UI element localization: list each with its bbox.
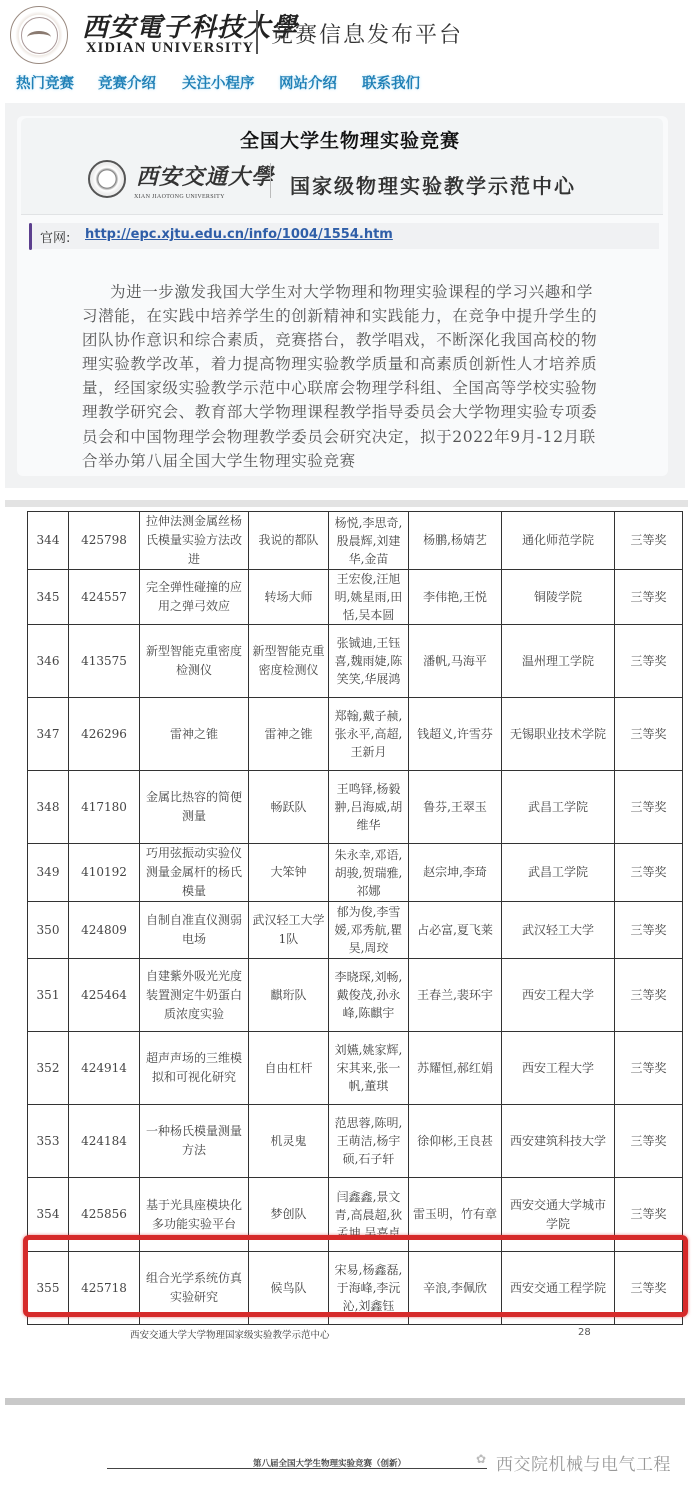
advisors: 鲁芬,王翠玉 <box>409 771 502 844</box>
award-level: 三等奖 <box>615 1178 683 1252</box>
team-name: 武汉轻工大学1队 <box>249 902 329 959</box>
award-level: 三等奖 <box>615 625 683 698</box>
advisors: 雷玉明，竹有章 <box>409 1178 502 1252</box>
team-members: 郑翰,戴子赪,张永平,高超,王新月 <box>329 698 409 771</box>
project-title: 自制自准直仪测弱电场 <box>140 902 249 959</box>
project-title: 新型智能克重密度检测仪 <box>140 625 249 698</box>
team-name: 梦创队 <box>249 1178 329 1252</box>
org-divider <box>270 163 271 198</box>
school-name: 武昌工学院 <box>502 771 615 844</box>
team-members: 张铖迪,王钰喜,魏雨婕,陈笑笑,华展鸿 <box>329 625 409 698</box>
project-id: 425856 <box>69 1178 140 1252</box>
org-name-en: XIAN JIAOTONG UNIVERSITY <box>134 194 225 200</box>
team-members: 范思蓉,陈明,王萌洁,杨宇硕,石子轩 <box>329 1105 409 1178</box>
project-id: 426296 <box>69 698 140 771</box>
project-id: 424557 <box>69 570 140 625</box>
page-footer-text: 西安交通大学大学物理国家级实验教学示范中心 <box>130 1327 330 1341</box>
project-id: 424809 <box>69 902 140 959</box>
school-name: 西安建筑科技大学 <box>502 1105 615 1178</box>
school-name: 西安交通工程学院 <box>502 1252 615 1325</box>
team-members: 郁为俊,李雪媛,邓秀航,瞿昊,周珓 <box>329 902 409 959</box>
row-number: 348 <box>28 771 69 844</box>
table-row: 346413575新型智能克重密度检测仪新型智能克重密度检测仪张铖迪,王钰喜,魏… <box>28 625 683 698</box>
project-title: 完全弹性碰撞的应用之弹弓效应 <box>140 570 249 625</box>
xjtu-emblem-icon <box>88 160 126 198</box>
advisors: 王春兰,裴环宇 <box>409 959 502 1032</box>
link-bar-accent <box>29 223 32 250</box>
project-id: 417180 <box>69 771 140 844</box>
top-nav: 热门竞赛 竞赛介绍 关注小程序 网站介绍 联系我们 <box>0 68 700 98</box>
team-members: 宋易,杨鑫磊,于海峰,李沅沁,刘鑫钰 <box>329 1252 409 1325</box>
university-name-cn: 西安電子科技大學 <box>82 7 298 44</box>
intro-text: 为进一步激发我国大学生对大学物理和物理实验课程的学习兴趣和学习潜能，在实践中培养… <box>82 283 597 470</box>
award-level: 三等奖 <box>615 1105 683 1178</box>
team-members: 李晓琛,刘畅,戴俊茂,孙永峰,陈麒宇 <box>329 959 409 1032</box>
row-number: 344 <box>28 512 69 570</box>
award-level: 三等奖 <box>615 771 683 844</box>
advisors: 赵宗坤,李琦 <box>409 844 502 902</box>
team-members: 朱永幸,邓语,胡骏,贺瑞雅,祁娜 <box>329 844 409 902</box>
table-row: 355425718组合光学系统仿真实验研究候鸟队宋易,杨鑫磊,于海峰,李沅沁,刘… <box>28 1252 683 1325</box>
table-row: 347426296雷神之锥雷神之锥郑翰,戴子赪,张永平,高超,王新月钱超义,许雪… <box>28 698 683 771</box>
team-name: 候鸟队 <box>249 1252 329 1325</box>
brand-divider <box>256 10 258 54</box>
award-level: 三等奖 <box>615 570 683 625</box>
school-name: 西安工程大学 <box>502 959 615 1032</box>
team-name: 自由杠杆 <box>249 1032 329 1105</box>
row-number: 350 <box>28 902 69 959</box>
table-row: 345424557完全弹性碰撞的应用之弹弓效应转场大师王宏俊,汪旭明,姚星雨,田… <box>28 570 683 625</box>
competition-title: 全国大学生物理实验竞赛 <box>0 126 700 153</box>
project-title: 组合光学系统仿真实验研究 <box>140 1252 249 1325</box>
award-level: 三等奖 <box>615 959 683 1032</box>
brand-header: 西安電子科技大學 XIDIAN UNIVERSITY 竞赛信息发布平台 <box>0 0 700 66</box>
nav-mini-program[interactable]: 关注小程序 <box>182 72 255 93</box>
row-number: 353 <box>28 1105 69 1178</box>
official-site-link[interactable]: http://epc.xjtu.edu.cn/info/1004/1554.ht… <box>85 227 393 242</box>
team-members: 杨悦,李思奇,殷晨辉,刘建华,金苗 <box>329 512 409 570</box>
advisors: 辛浪,李佩欣 <box>409 1252 502 1325</box>
row-number: 352 <box>28 1032 69 1105</box>
school-name: 西安交通大学城市学院 <box>502 1178 615 1252</box>
nav-contact-us[interactable]: 联系我们 <box>362 72 420 93</box>
school-name: 无锡职业技术学院 <box>502 698 615 771</box>
team-name: 机灵鬼 <box>249 1105 329 1178</box>
table-row: 353424184一种杨氏模量测量方法机灵鬼范思蓉,陈明,王萌洁,杨宇硕,石子轩… <box>28 1105 683 1178</box>
advisors: 钱超义,许雪芬 <box>409 698 502 771</box>
team-name: 新型智能克重密度检测仪 <box>249 625 329 698</box>
project-id: 425798 <box>69 512 140 570</box>
advisors: 徐仰彬,王良甚 <box>409 1105 502 1178</box>
wechat-icon: ✿ <box>476 1452 492 1466</box>
project-title: 自建紫外吸光光度装置测定牛奶蛋白质浓度实验 <box>140 959 249 1032</box>
doc-footer-rule <box>107 1468 487 1469</box>
team-name: 麒珩队 <box>249 959 329 1032</box>
award-level: 三等奖 <box>615 844 683 902</box>
row-number: 354 <box>28 1178 69 1252</box>
team-name: 转场大师 <box>249 570 329 625</box>
project-title: 一种杨氏模量测量方法 <box>140 1105 249 1178</box>
center-name: 国家级物理实验教学示范中心 <box>290 170 576 199</box>
project-title: 超声声场的三维模拟和可视化研究 <box>140 1032 249 1105</box>
team-members: 闫鑫鑫,景文青,高晨超,狄孟坤,吴嘉卓 <box>329 1178 409 1252</box>
page-number: 28 <box>578 1327 591 1338</box>
university-name-en: XIDIAN UNIVERSITY <box>86 40 254 57</box>
row-number: 345 <box>28 570 69 625</box>
table-row: 348417180金属比热容的简便测量畅跃队王鸣铎,杨毅翀,吕海威,胡维华鲁芬,… <box>28 771 683 844</box>
team-name: 大笨钟 <box>249 844 329 902</box>
project-id: 413575 <box>69 625 140 698</box>
award-level: 三等奖 <box>615 1252 683 1325</box>
project-title: 金属比热容的简便测量 <box>140 771 249 844</box>
results-table: 344425798拉伸法测金属丝杨氏模量实验方法改进我说的都队杨悦,李思奇,殷晨… <box>27 511 683 1325</box>
org-name-cn: 西安交通大學 <box>136 160 274 191</box>
award-level: 三等奖 <box>615 902 683 959</box>
table-row: 350424809自制自准直仪测弱电场武汉轻工大学1队郁为俊,李雪媛,邓秀航,瞿… <box>28 902 683 959</box>
school-name: 武汉轻工大学 <box>502 902 615 959</box>
team-name: 畅跃队 <box>249 771 329 844</box>
school-name: 武昌工学院 <box>502 844 615 902</box>
project-id: 425718 <box>69 1252 140 1325</box>
project-id: 410192 <box>69 844 140 902</box>
team-members: 刘嬿,姚家辉,宋其来,张一帆,董琪 <box>329 1032 409 1105</box>
project-title: 基于光具座模块化多功能实验平台 <box>140 1178 249 1252</box>
watermark-text: 西交院机械与电气工程 <box>496 1450 671 1475</box>
row-number: 346 <box>28 625 69 698</box>
row-number: 355 <box>28 1252 69 1325</box>
intro-paragraph: 为进一步激发我国大学生对大学物理和物理实验课程的学习兴趣和学习潜能，在实践中培养… <box>82 280 602 473</box>
team-members: 王宏俊,汪旭明,姚星雨,田恬,吴本圆 <box>329 570 409 625</box>
advisors: 苏耀恒,郝红娟 <box>409 1032 502 1105</box>
team-members: 王鸣铎,杨毅翀,吕海威,胡维华 <box>329 771 409 844</box>
team-name: 我说的都队 <box>249 512 329 570</box>
project-title: 拉伸法测金属丝杨氏模量实验方法改进 <box>140 512 249 570</box>
nav-competition-intro[interactable]: 竞赛介绍 <box>98 72 156 93</box>
row-number: 351 <box>28 959 69 1032</box>
advisors: 占必富,夏飞莱 <box>409 902 502 959</box>
award-level: 三等奖 <box>615 698 683 771</box>
section-separator <box>5 1398 685 1405</box>
platform-title: 竞赛信息发布平台 <box>271 18 463 49</box>
table-row: 351425464自建紫外吸光光度装置测定牛奶蛋白质浓度实验麒珩队李晓琛,刘畅,… <box>28 959 683 1032</box>
school-name: 铜陵学院 <box>502 570 615 625</box>
official-site-label: 官网: <box>40 227 70 246</box>
table-row: 352424914超声声场的三维模拟和可视化研究自由杠杆刘嬿,姚家辉,宋其来,张… <box>28 1032 683 1105</box>
team-name: 雷神之锥 <box>249 698 329 771</box>
school-name: 温州理工学院 <box>502 625 615 698</box>
row-number: 349 <box>28 844 69 902</box>
award-level: 三等奖 <box>615 1032 683 1105</box>
table-row: 344425798拉伸法测金属丝杨氏模量实验方法改进我说的都队杨悦,李思奇,殷晨… <box>28 512 683 570</box>
project-title: 巧用弦振动实验仪测量金属杆的杨氏模量 <box>140 844 249 902</box>
award-level: 三等奖 <box>615 512 683 570</box>
advisors: 潘帆,马海平 <box>409 625 502 698</box>
table-row: 349410192巧用弦振动实验仪测量金属杆的杨氏模量大笨钟朱永幸,邓语,胡骏,… <box>28 844 683 902</box>
row-number: 347 <box>28 698 69 771</box>
nav-site-intro[interactable]: 网站介绍 <box>279 72 337 93</box>
advisors: 李伟艳,王悦 <box>409 570 502 625</box>
project-id: 424914 <box>69 1032 140 1105</box>
school-name: 通化师范学院 <box>502 512 615 570</box>
xidian-emblem-icon <box>10 6 68 64</box>
section-separator <box>5 500 688 507</box>
project-id: 424184 <box>69 1105 140 1178</box>
table-row: 354425856基于光具座模块化多功能实验平台梦创队闫鑫鑫,景文青,高晨超,狄… <box>28 1178 683 1252</box>
school-name: 西安工程大学 <box>502 1032 615 1105</box>
project-title: 雷神之锥 <box>140 698 249 771</box>
nav-hot-competitions[interactable]: 热门竞赛 <box>16 72 74 93</box>
project-id: 425464 <box>69 959 140 1032</box>
advisors: 杨鹏,杨婧艺 <box>409 512 502 570</box>
